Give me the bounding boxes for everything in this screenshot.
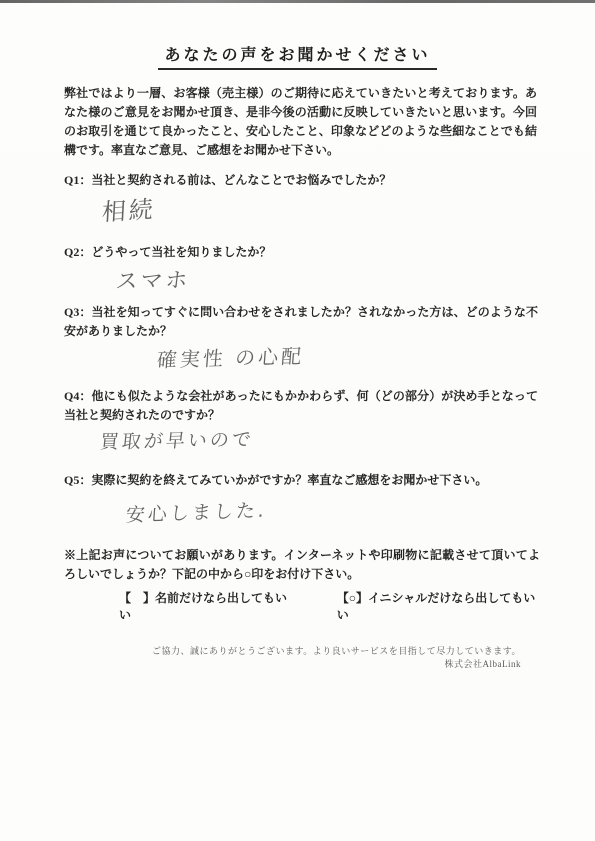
consent-note: ※上記お声についてお願いがあります。インターネットや印刷物に記載させて頂いてよろ… xyxy=(64,546,540,584)
title-row: あなたの声をお聞かせください xyxy=(0,42,595,70)
consent-option-initials-only-marked: 【○】イニシャルだけなら出してもいい xyxy=(337,589,540,623)
question-q4-label: Q4：他にも似たような会社があったにもかかわらず、何（どの部分）が決め手となって… xyxy=(64,387,538,425)
question-block-q4: Q4：他にも似たような会社があったにもかかわらず、何（どの部分）が決め手となって… xyxy=(64,387,538,453)
publication-consent-section: ※上記お声についてお願いがあります。インターネットや印刷物に記載させて頂いてよろ… xyxy=(64,546,540,623)
scanner-edge-artifact xyxy=(0,0,595,3)
form-title: あなたの声をお聞かせください xyxy=(158,42,436,70)
question-block-q2: Q2：どうやって当社を知りましたか？ スマホ xyxy=(64,243,538,295)
handwritten-answer-q4: 買取が早いので xyxy=(99,425,256,455)
footer: ご協力、誠にありがとうございます。より良いサービスを目指して尽力していきます。 … xyxy=(152,645,521,671)
question-block-q5: Q5：実際に契約を終えてみていかがですか？率直なご感想をお聞かせ下さい。 安心し… xyxy=(64,471,538,525)
handwritten-answer-q2: スマホ xyxy=(114,263,192,295)
scanned-questionnaire-page: あなたの声をお聞かせください 弊社ではより一層、お客様（売主様）のご期待に応えて… xyxy=(0,0,595,841)
question-q1-label: Q1：当社と契約される前は、どんなことでお悩みでしたか？ xyxy=(64,171,538,190)
question-q2-label: Q2：どうやって当社を知りましたか？ xyxy=(64,243,538,262)
footer-company-name: 株式会社AlbaLink xyxy=(152,658,521,671)
handwritten-answer-q5: 安心しました. xyxy=(125,495,268,527)
question-block-q3: Q3：当社を知ってすぐに問い合わせをされましたか？されなかった方は、どのような不… xyxy=(64,303,538,371)
footer-thanks-text: ご協力、誠にありがとうございます。より良いサービスを目指して尽力していきます。 xyxy=(152,645,521,658)
handwritten-answer-q3: 確実性 の心配 xyxy=(156,340,306,373)
question-q5-label: Q5：実際に契約を終えてみていかがですか？率直なご感想をお聞かせ下さい。 xyxy=(64,471,538,490)
question-block-q1: Q1：当社と契約される前は、どんなことでお悩みでしたか？ 相続 xyxy=(64,171,538,226)
consent-options-row: 【 】名前だけなら出してもいい 【○】イニシャルだけなら出してもいい xyxy=(119,589,540,623)
question-q3-label: Q3：当社を知ってすぐに問い合わせをされましたか？されなかった方は、どのような不… xyxy=(64,303,538,341)
consent-option-name-only: 【 】名前だけなら出してもいい xyxy=(119,589,293,623)
handwritten-answer-q1: 相続 xyxy=(101,190,157,228)
intro-paragraph: 弊社ではより一層、お客様（売主様）のご期待に応えていきたいと考えております。あな… xyxy=(64,84,537,160)
